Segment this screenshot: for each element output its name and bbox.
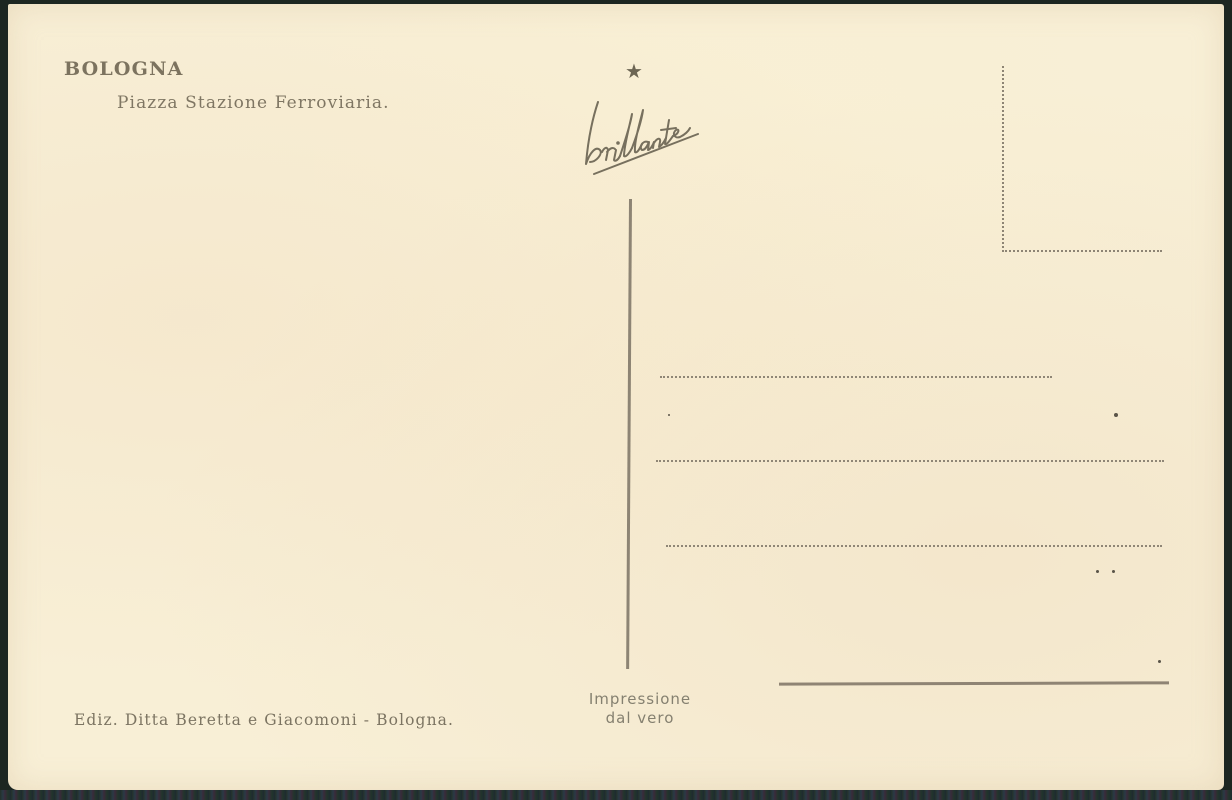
scanner-bed-edge <box>0 790 1232 800</box>
message-address-divider <box>626 199 632 669</box>
address-line-4 <box>779 681 1169 685</box>
printing-note: Impressione dal vero <box>570 690 710 728</box>
publisher-credit: Ediz. Ditta Beretta e Giacomoni - Bologn… <box>74 711 454 729</box>
city-title: BOLOGNA <box>64 58 184 80</box>
printing-note-line-2: dal vero <box>570 709 710 728</box>
postcard-back: BOLOGNA Piazza Stazione Ferroviaria. ★ <box>8 4 1224 790</box>
printing-note-line-1: Impressione <box>570 690 710 709</box>
brillante-signature-logo <box>576 90 706 180</box>
ink-speck <box>1114 413 1118 417</box>
ink-speck <box>1112 570 1115 573</box>
location-caption: Piazza Stazione Ferroviaria. <box>117 93 390 113</box>
star-icon: ★ <box>625 61 643 81</box>
ink-speck <box>1158 660 1161 663</box>
address-line-2 <box>656 460 1164 462</box>
address-line-3 <box>666 545 1162 547</box>
address-line-1 <box>660 376 1052 378</box>
ink-speck <box>668 414 670 416</box>
stamp-placement-box <box>1002 66 1162 252</box>
ink-speck <box>1096 570 1099 573</box>
